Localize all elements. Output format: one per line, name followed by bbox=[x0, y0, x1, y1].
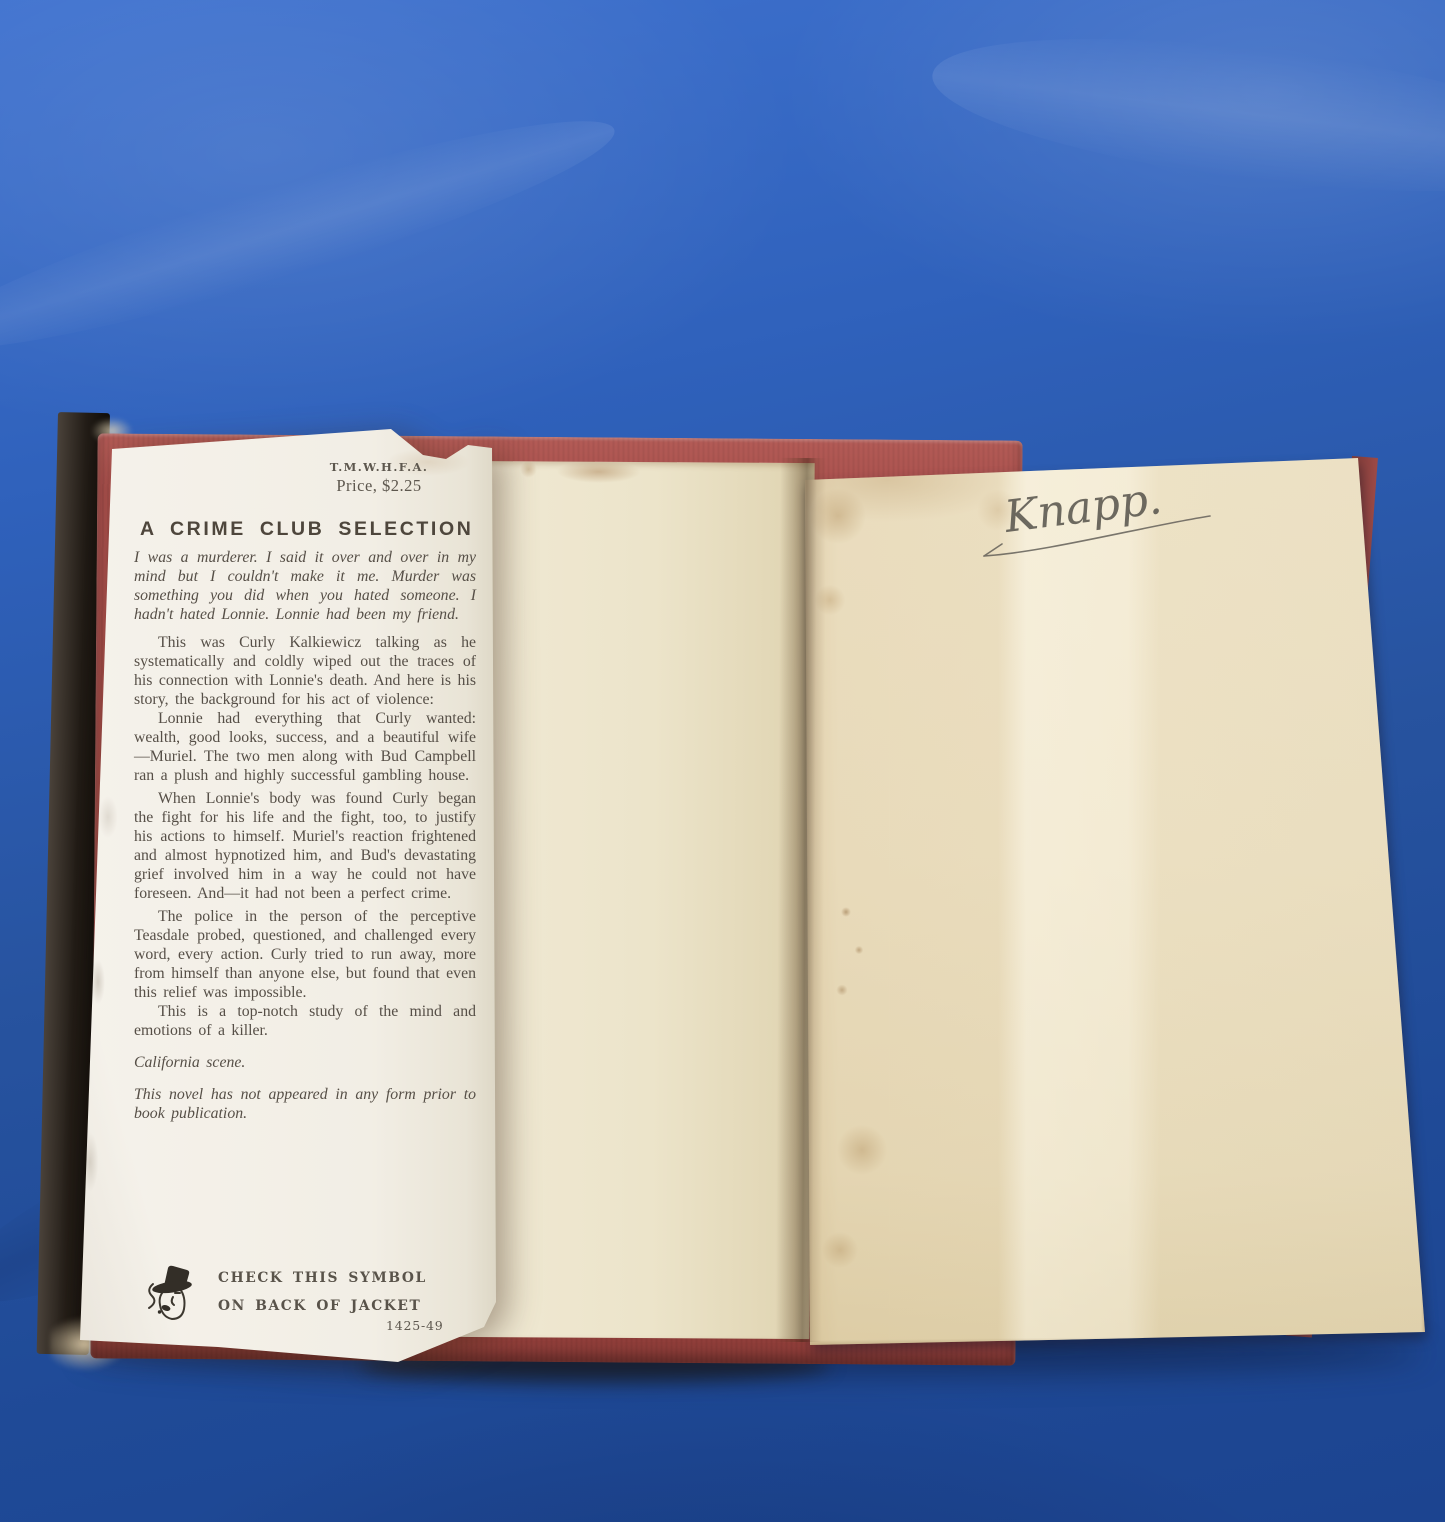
crime-club-mascot-icon bbox=[142, 1260, 202, 1326]
flap-note: California scene. bbox=[134, 1053, 476, 1072]
flap-header: T.M.W.H.F.A. Price, $2.25 bbox=[294, 460, 464, 496]
footer-text: CHECK THIS SYMBOL ON BACK OF JACKET bbox=[218, 1264, 427, 1320]
owner-signature: Knapp. bbox=[976, 470, 1232, 570]
flap-paragraph: The police in the person of the percepti… bbox=[134, 907, 476, 1002]
flap-paragraph: This is a top-notch study of the mind an… bbox=[134, 1002, 476, 1040]
flap-paragraph: This was Curly Kalkiewicz talking as he … bbox=[134, 633, 476, 709]
page-block-right-edge bbox=[1421, 458, 1432, 1346]
stock-number: 1425-49 bbox=[386, 1318, 444, 1333]
flap-note: This novel has not appeared in any form … bbox=[134, 1085, 476, 1123]
series-code: T.M.W.H.F.A. bbox=[294, 460, 464, 474]
right-endpaper-page: Knapp. bbox=[798, 450, 1432, 1352]
handwriting-svg: Knapp. bbox=[976, 470, 1232, 570]
gutter-fold-shadow bbox=[776, 458, 827, 1342]
flap-footer: CHECK THIS SYMBOL ON BACK OF JACKET 1425… bbox=[140, 1260, 480, 1360]
flap-paper: T.M.W.H.F.A. Price, $2.25 A CRIME CLUB S… bbox=[68, 422, 500, 1372]
flap-paragraph: When Lonnie's body was found Curly began… bbox=[134, 789, 476, 903]
left-pastedown-endpaper bbox=[453, 461, 814, 1339]
price-label: Price, $2.25 bbox=[294, 476, 464, 496]
nose-line bbox=[172, 1297, 174, 1305]
flap-paragraph: I was a murderer. I said it over and ove… bbox=[134, 548, 476, 624]
cigarette-tip bbox=[158, 1310, 161, 1313]
photo-of-open-book: Knapp. T.M.W.H.F.A. Price, $2.25 A CRIME… bbox=[0, 0, 1445, 1522]
right-page-surface: Knapp. bbox=[798, 450, 1432, 1352]
page-block-bottom-edge bbox=[804, 1334, 1430, 1354]
footer-line-2: ON BACK OF JACKET bbox=[218, 1292, 427, 1320]
flap-heading: A CRIME CLUB SELECTION bbox=[140, 518, 473, 541]
dust-jacket-front-flap: T.M.W.H.F.A. Price, $2.25 A CRIME CLUB S… bbox=[68, 422, 500, 1372]
flap-blurb: I was a murderer. I said it over and ove… bbox=[134, 548, 476, 1123]
footer-line-1: CHECK THIS SYMBOL bbox=[218, 1264, 427, 1292]
owner-signature-text: Knapp. bbox=[1001, 473, 1165, 543]
flap-paragraph: Lonnie had everything that Curly wanted:… bbox=[134, 709, 476, 785]
